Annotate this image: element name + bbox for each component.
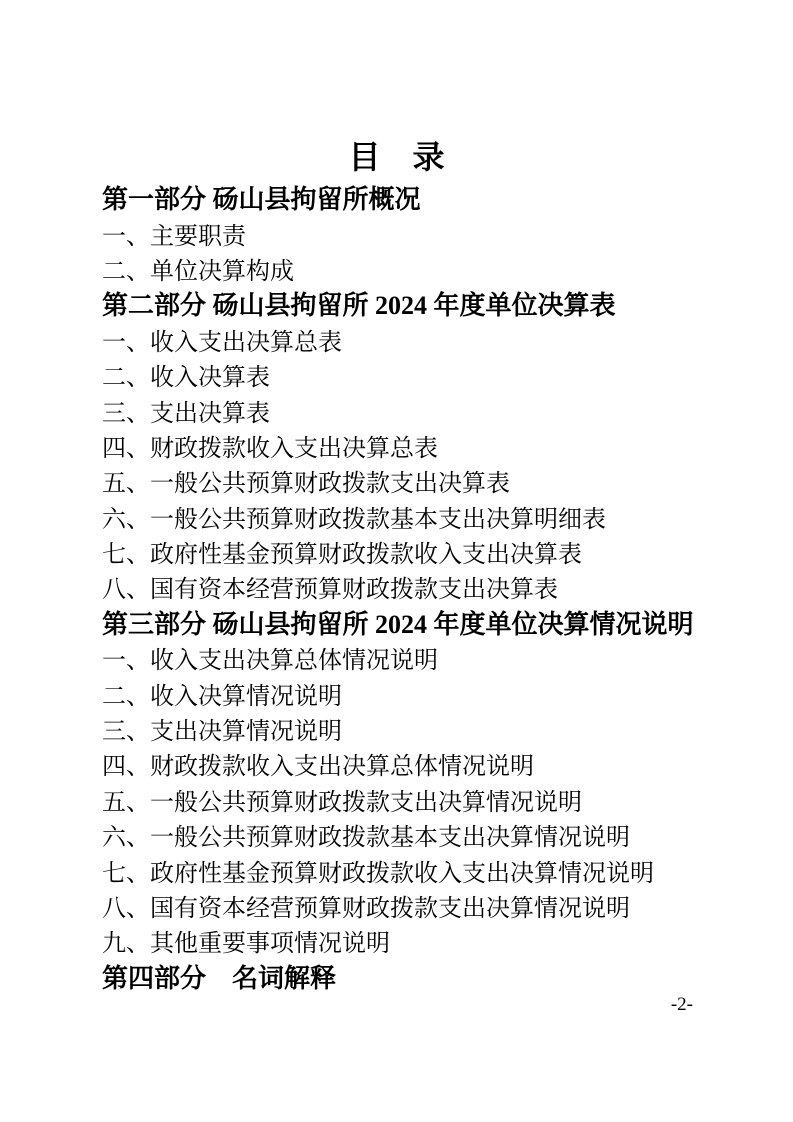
toc-section-heading: 第二部分 砀山县拘留所 2024 年度单位决算表 <box>102 286 753 321</box>
toc-entry: 六、一般公共预算财政拨款基本支出决算情况说明 <box>102 817 753 852</box>
toc-section-heading: 第三部分 砀山县拘留所 2024 年度单位决算情况说明 <box>102 605 753 640</box>
toc-entry: 一、收入支出决算总表 <box>102 322 753 357</box>
toc-entry: 五、一般公共预算财政拨款支出决算情况说明 <box>102 782 753 817</box>
toc-section-heading: 第四部分 名词解释 <box>102 959 753 994</box>
toc-entry: 一、收入支出决算总体情况说明 <box>102 640 753 675</box>
document-page: 目 录 第一部分 砀山县拘留所概况一、主要职责二、单位决算构成第二部分 砀山县拘… <box>0 0 793 1122</box>
toc-entry: 二、单位决算构成 <box>102 251 753 286</box>
toc-section-heading: 第一部分 砀山县拘留所概况 <box>102 180 753 215</box>
toc-entry: 七、政府性基金预算财政拨款收入支出决算表 <box>102 534 753 569</box>
toc-entry: 八、国有资本经营预算财政拨款支出决算表 <box>102 569 753 604</box>
toc-entry: 五、一般公共预算财政拨款支出决算表 <box>102 463 753 498</box>
toc-entry: 三、支出决算情况说明 <box>102 711 753 746</box>
toc-entry: 七、政府性基金预算财政拨款收入支出决算情况说明 <box>102 852 753 887</box>
toc-list: 第一部分 砀山县拘留所概况一、主要职责二、单位决算构成第二部分 砀山县拘留所 2… <box>102 180 753 994</box>
toc-entry: 六、一般公共预算财政拨款基本支出决算明细表 <box>102 499 753 534</box>
toc-entry: 二、收入决算情况说明 <box>102 675 753 710</box>
toc-entry: 八、国有资本经营预算财政拨款支出决算情况说明 <box>102 888 753 923</box>
toc-entry: 四、财政拨款收入支出决算总体情况说明 <box>102 746 753 781</box>
toc-entry: 二、收入决算表 <box>102 357 753 392</box>
toc-entry: 一、主要职责 <box>102 215 753 250</box>
toc-entry: 四、财政拨款收入支出决算总表 <box>102 428 753 463</box>
page-number: -2- <box>671 993 693 1017</box>
toc-entry: 九、其他重要事项情况说明 <box>102 923 753 958</box>
toc-title: 目 录 <box>0 134 793 180</box>
toc-entry: 三、支出决算表 <box>102 392 753 427</box>
